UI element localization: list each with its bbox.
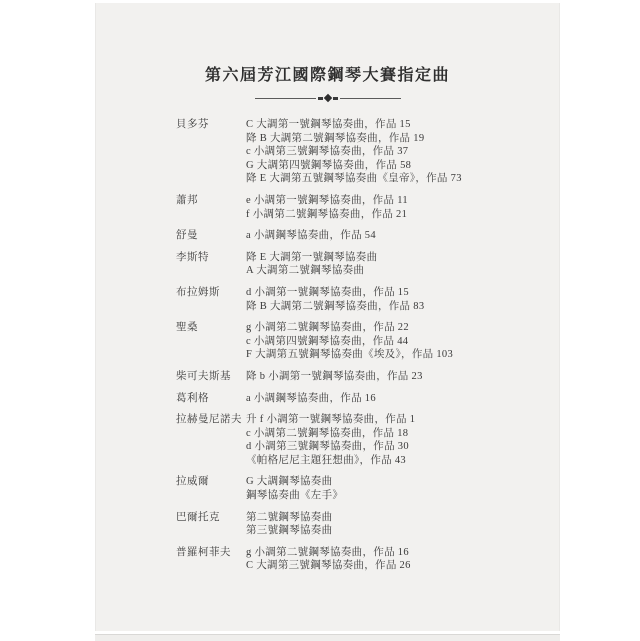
composer-entry: 李斯特 降 E 大調第一號鋼琴協奏曲A 大調第二號鋼琴協奏曲: [176, 251, 559, 278]
piece-line: 降 E 大調第一號鋼琴協奏曲: [246, 251, 559, 265]
piece-list: G 大調鋼琴協奏曲鋼琴協奏曲《左手》: [246, 475, 559, 502]
piece-line: d 小調第三號鋼琴協奏曲，作品 30: [246, 440, 559, 454]
piece-line: 降 b 小調第一號鋼琴協奏曲，作品 23: [246, 370, 559, 384]
piece-list: C 大調第一號鋼琴協奏曲，作品 15降 B 大調第二號鋼琴協奏曲，作品 19c …: [246, 118, 559, 186]
composer-entry: 柴可夫斯基 降 b 小調第一號鋼琴協奏曲，作品 23: [176, 370, 559, 384]
composer-name: 舒曼: [176, 229, 246, 243]
composer-name: 拉赫曼尼諾夫: [176, 413, 246, 467]
composer-entry: 葛利格 a 小調鋼琴協奏曲，作品 16: [176, 392, 559, 406]
book-page: 第六屆芳江國際鋼琴大賽指定曲 貝多芬 C 大調第一號鋼琴協奏曲，作品 15降 B…: [95, 3, 560, 631]
piece-line: 降 E 大調第五號鋼琴協奏曲《皇帝》，作品 73: [246, 172, 559, 186]
composer-name: 柴可夫斯基: [176, 370, 246, 384]
composer-name: 李斯特: [176, 251, 246, 278]
fleuron-wing-right: [333, 97, 338, 100]
composer-name: 布拉姆斯: [176, 286, 246, 313]
fleuron-gem: [323, 94, 331, 102]
piece-line: 第二號鋼琴協奏曲: [246, 511, 559, 525]
composer-entry: 蕭邦 e 小調第一號鋼琴協奏曲，作品 11f 小調第二號鋼琴協奏曲，作品 21: [176, 194, 559, 221]
piece-line: C 大調第一號鋼琴協奏曲，作品 15: [246, 118, 559, 132]
piece-line: 升 f 小調第一號鋼琴協奏曲，作品 1: [246, 413, 559, 427]
piece-line: c 小調第二號鋼琴協奏曲，作品 18: [246, 427, 559, 441]
divider-rule-left: [255, 98, 316, 99]
piece-line: C 大調第三號鋼琴協奏曲，作品 26: [246, 559, 559, 573]
composer-name: 拉威爾: [176, 475, 246, 502]
next-page-edge: [95, 634, 560, 640]
piece-line: 降 B 大調第二號鋼琴協奏曲，作品 19: [246, 132, 559, 146]
piece-line: 降 B 大調第二號鋼琴協奏曲，作品 83: [246, 300, 559, 314]
composer-entry: 布拉姆斯 d 小調第一號鋼琴協奏曲，作品 15降 B 大調第二號鋼琴協奏曲，作品…: [176, 286, 559, 313]
composer-entry: 貝多芬 C 大調第一號鋼琴協奏曲，作品 15降 B 大調第二號鋼琴協奏曲，作品 …: [176, 118, 559, 186]
piece-line: A 大調第二號鋼琴協奏曲: [246, 264, 559, 278]
piece-line: a 小調鋼琴協奏曲，作品 54: [246, 229, 559, 243]
composer-entry: 聖桑 g 小調第二號鋼琴協奏曲，作品 22c 小調第四號鋼琴協奏曲，作品 44F…: [176, 321, 559, 362]
composer-name: 巴爾托克: [176, 511, 246, 538]
piece-line: c 小調第三號鋼琴協奏曲，作品 37: [246, 145, 559, 159]
piece-line: f 小調第二號鋼琴協奏曲，作品 21: [246, 208, 559, 222]
title-divider: [255, 95, 401, 101]
piece-line: G 大調第四號鋼琴協奏曲，作品 58: [246, 159, 559, 173]
composer-entry: 拉威爾 G 大調鋼琴協奏曲鋼琴協奏曲《左手》: [176, 475, 559, 502]
piece-line: F 大調第五號鋼琴協奏曲《埃及》，作品 103: [246, 348, 559, 362]
piece-list: a 小調鋼琴協奏曲，作品 16: [246, 392, 559, 406]
piece-list: a 小調鋼琴協奏曲，作品 54: [246, 229, 559, 243]
fleuron-wing-left: [318, 97, 323, 100]
composer-name: 普羅柯菲夫: [176, 546, 246, 573]
piece-list: 升 f 小調第一號鋼琴協奏曲，作品 1c 小調第二號鋼琴協奏曲，作品 18d 小…: [246, 413, 559, 467]
fleuron-diamond-icon: [317, 95, 339, 101]
composer-entry: 拉赫曼尼諾夫 升 f 小調第一號鋼琴協奏曲，作品 1c 小調第二號鋼琴協奏曲，作…: [176, 413, 559, 467]
piece-line: a 小調鋼琴協奏曲，作品 16: [246, 392, 559, 406]
page-title: 第六屆芳江國際鋼琴大賽指定曲: [96, 62, 559, 85]
composer-entry: 舒曼 a 小調鋼琴協奏曲，作品 54: [176, 229, 559, 243]
piece-line: G 大調鋼琴協奏曲: [246, 475, 559, 489]
piece-list: e 小調第一號鋼琴協奏曲，作品 11f 小調第二號鋼琴協奏曲，作品 21: [246, 194, 559, 221]
composer-entry: 巴爾托克 第二號鋼琴協奏曲第三號鋼琴協奏曲: [176, 511, 559, 538]
piece-list: g 小調第二號鋼琴協奏曲，作品 16C 大調第三號鋼琴協奏曲，作品 26: [246, 546, 559, 573]
piece-list: g 小調第二號鋼琴協奏曲，作品 22c 小調第四號鋼琴協奏曲，作品 44F 大調…: [246, 321, 559, 362]
piece-line: 《帕格尼尼主題狂想曲》，作品 43: [246, 454, 559, 468]
piece-line: c 小調第四號鋼琴協奏曲，作品 44: [246, 335, 559, 349]
piece-line: g 小調第二號鋼琴協奏曲，作品 16: [246, 546, 559, 560]
composer-name: 貝多芬: [176, 118, 246, 186]
piece-line: 第三號鋼琴協奏曲: [246, 524, 559, 538]
piece-line: e 小調第一號鋼琴協奏曲，作品 11: [246, 194, 559, 208]
composer-name: 聖桑: [176, 321, 246, 362]
composer-entry: 普羅柯菲夫 g 小調第二號鋼琴協奏曲，作品 16C 大調第三號鋼琴協奏曲，作品 …: [176, 546, 559, 573]
piece-line: 鋼琴協奏曲《左手》: [246, 489, 559, 503]
piece-list: 降 b 小調第一號鋼琴協奏曲，作品 23: [246, 370, 559, 384]
concerto-list: 貝多芬 C 大調第一號鋼琴協奏曲，作品 15降 B 大調第二號鋼琴協奏曲，作品 …: [96, 118, 559, 573]
composer-name: 葛利格: [176, 392, 246, 406]
piece-list: d 小調第一號鋼琴協奏曲，作品 15降 B 大調第二號鋼琴協奏曲，作品 83: [246, 286, 559, 313]
piece-list: 降 E 大調第一號鋼琴協奏曲A 大調第二號鋼琴協奏曲: [246, 251, 559, 278]
piece-line: d 小調第一號鋼琴協奏曲，作品 15: [246, 286, 559, 300]
piece-line: g 小調第二號鋼琴協奏曲，作品 22: [246, 321, 559, 335]
piece-list: 第二號鋼琴協奏曲第三號鋼琴協奏曲: [246, 511, 559, 538]
composer-name: 蕭邦: [176, 194, 246, 221]
divider-rule-right: [340, 98, 401, 99]
